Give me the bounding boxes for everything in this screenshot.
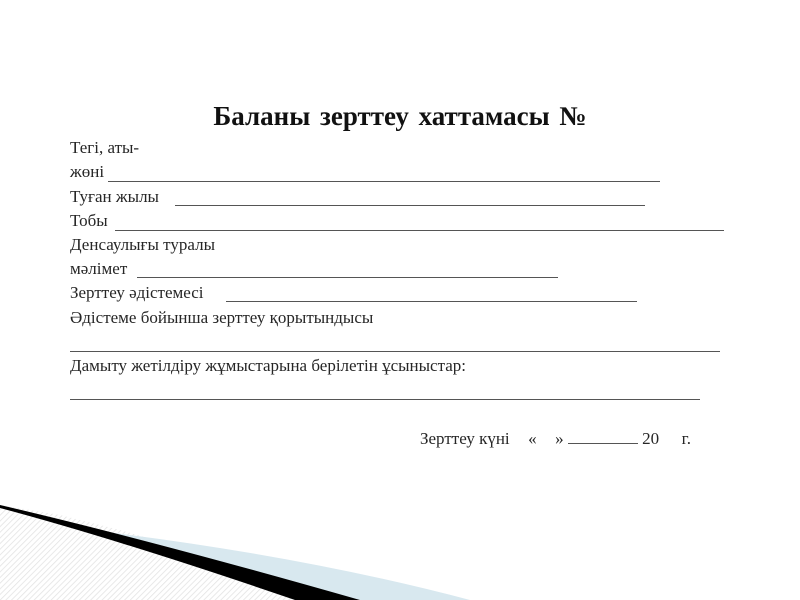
date-label: Зерттеу күні: [420, 429, 510, 448]
field-surname-blank[interactable]: [108, 181, 660, 182]
field-label-surname-line1: Тегі, аты-: [70, 138, 139, 158]
field-label-results: Әдістеме бойынша зерттеу қорытындысы: [70, 308, 373, 328]
document-slide: Баланы зерттеу хаттамасы № Тегі, аты- жө…: [0, 0, 800, 600]
field-health-blank[interactable]: [137, 277, 558, 278]
field-group-blank[interactable]: [115, 230, 724, 231]
date-close-quote: »: [555, 429, 564, 448]
date-open-quote: «: [528, 429, 537, 448]
field-method-blank[interactable]: [226, 301, 637, 302]
field-label-group: Тобы: [70, 211, 108, 231]
field-birth-year-blank[interactable]: [175, 205, 645, 206]
date-month-blank[interactable]: [568, 429, 638, 444]
field-label-recommendations: Дамыту жетілдіру жұмыстарына берілетін ұ…: [70, 356, 466, 376]
field-label-health-line1: Денсаулығы туралы: [70, 235, 215, 255]
field-label-method: Зерттеу әдістемесі: [70, 283, 204, 303]
field-recommendations-blank[interactable]: [70, 399, 700, 400]
field-label-health-line2: мәлімет: [70, 259, 127, 279]
date-year-prefix: 20: [642, 429, 659, 448]
page-title: Баланы зерттеу хаттамасы №: [0, 101, 800, 132]
date-line: Зерттеу күні « » 20 г.: [420, 429, 691, 449]
field-label-birth-year: Туған жылы: [70, 187, 159, 207]
date-suffix: г.: [682, 429, 691, 448]
field-label-surname-line2: жөні: [70, 162, 104, 182]
field-results-blank[interactable]: [70, 351, 720, 352]
